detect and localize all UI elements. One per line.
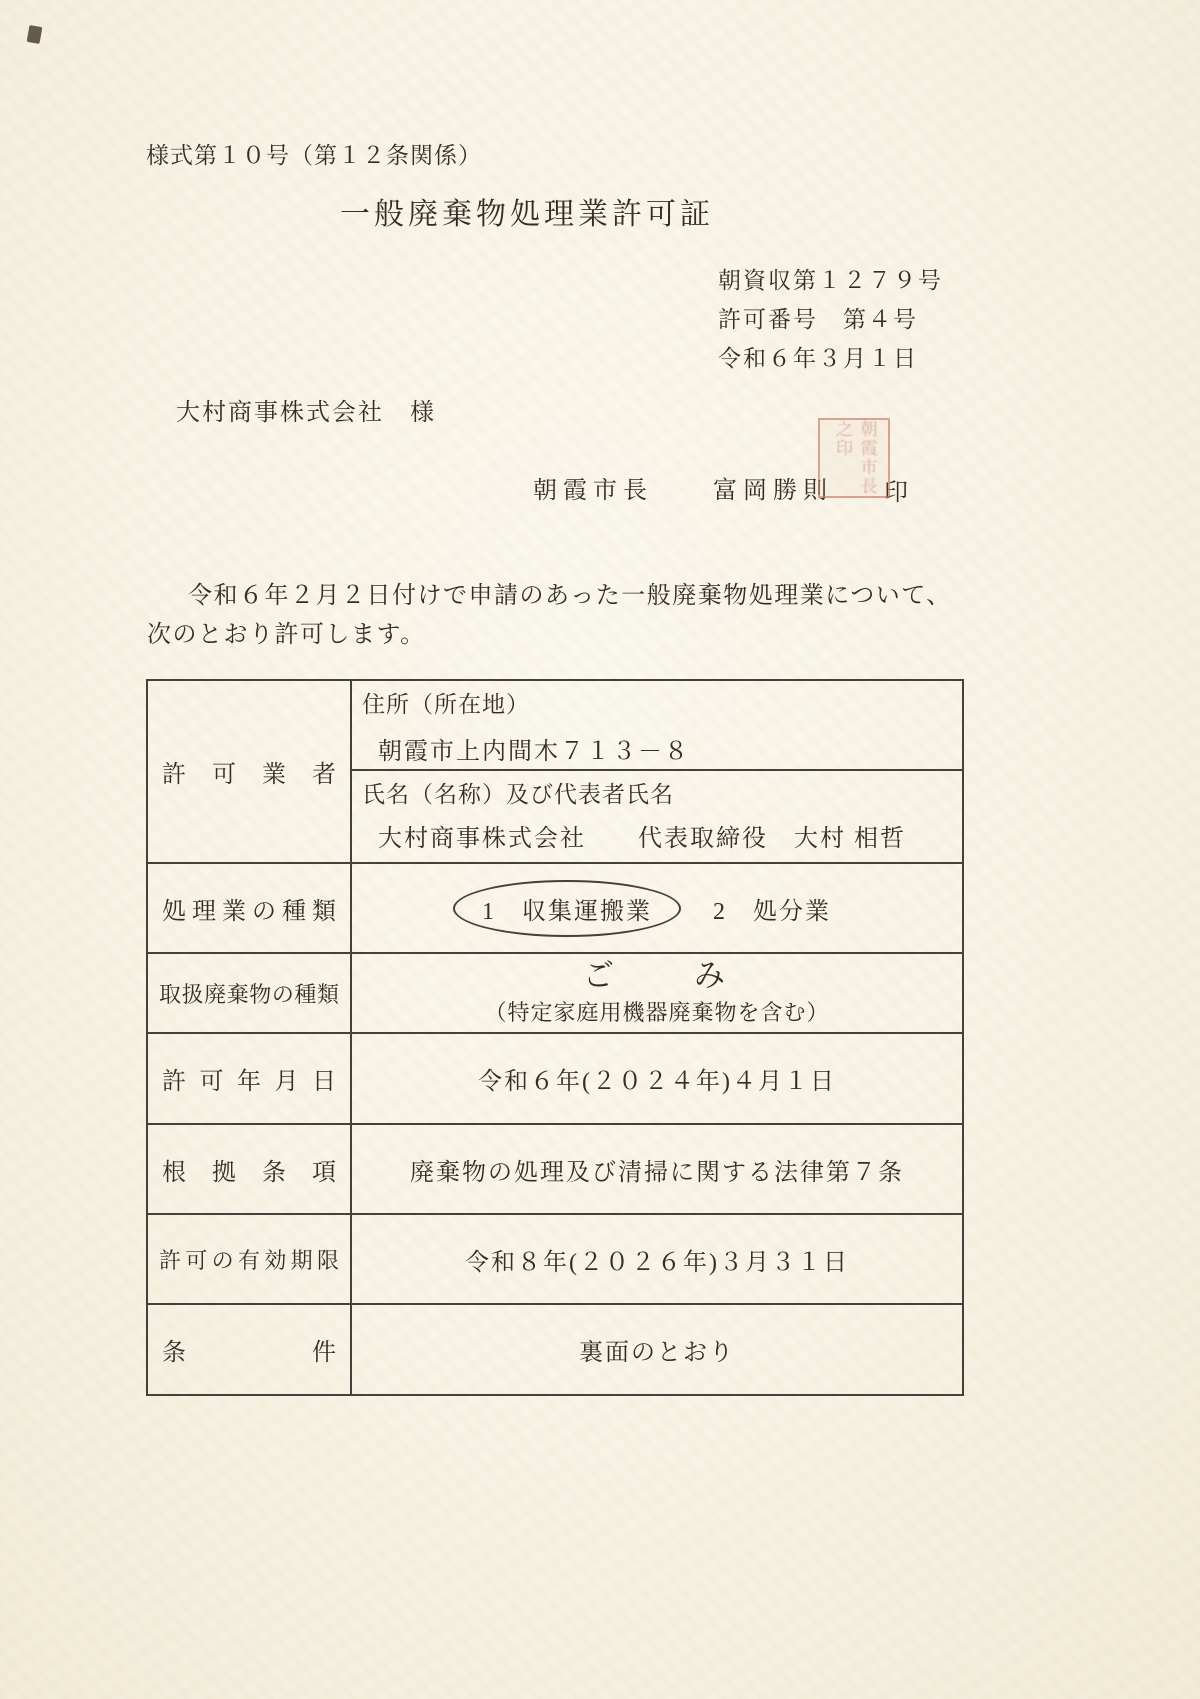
body-text-line2: 次のとおり許可します。: [147, 614, 426, 649]
option-disposal: 2 処分業: [713, 891, 831, 926]
permit-date-label: 許可年月日: [148, 1061, 350, 1096]
waste-type-value: ご み: [583, 959, 731, 993]
company-name-value: 大村商事株式会社 代表取締役 大村 相哲: [378, 818, 906, 853]
permit-date-value: 令和６年(２０２４年)４月１日: [478, 1061, 836, 1096]
address-label: 住所（所在地）: [362, 686, 530, 719]
business-type-value-cell: 1 収集運搬業 2 処分業: [337, 864, 947, 952]
table-row-business-type: 処理業の種類 1 収集運搬業 2 処分業: [148, 862, 962, 952]
business-type-label-cell: 処理業の種類: [148, 864, 352, 952]
licensee-label: 許可業者: [148, 754, 350, 789]
legal-basis-label-cell: 根拠条項: [148, 1125, 352, 1213]
expiry-value-cell: 令和８年(２０２６年)３月３１日: [352, 1215, 962, 1303]
company-name-label: 氏名（名称）及び代表者氏名: [362, 776, 674, 809]
license-details-table: 許可業者 住所（所在地） 朝霞市上内間木７１３－８ 氏名（名称）及び代表者氏名 …: [146, 679, 964, 1396]
body-text-line1: 令和６年２月２日付けで申請のあった一般廃棄物処理業について、: [188, 575, 952, 610]
address-value: 朝霞市上内間木７１３－８: [378, 731, 690, 766]
waste-type-value-cell: ご み （特定家庭用機器廃棄物を含む）: [352, 954, 962, 1032]
issue-date: 令和６年３月１日: [718, 339, 943, 378]
reference-block: 朝資収第１２７９号 許可番号 第４号 令和６年３月１日: [718, 261, 943, 378]
permit-number: 許可番号 第４号: [718, 300, 943, 339]
conditions-value-cell: 裏面のとおり: [352, 1305, 962, 1394]
scan-artifact-mark: [27, 25, 43, 44]
scanned-license-document: 様式第１０号（第１２条関係） 一般廃棄物処理業許可証 朝資収第１２７９号 許可番…: [0, 0, 1200, 1699]
expiry-label: 許可の有効期限: [148, 1244, 350, 1275]
licensee-name-subrow: 氏名（名称）及び代表者氏名 大村商事株式会社 代表取締役 大村 相哲: [352, 771, 962, 862]
permit-date-label-cell: 許可年月日: [148, 1034, 352, 1123]
table-row-permit-date: 許可年月日 令和６年(２０２４年)４月１日: [148, 1032, 962, 1123]
conditions-value: 裏面のとおり: [579, 1332, 735, 1367]
waste-type-note: （特定家庭用機器廃棄物を含む）: [484, 996, 829, 1027]
seal-stamp-text: 朝霞市長之印: [829, 420, 878, 496]
permit-date-value-cell: 令和６年(２０２４年)４月１日: [352, 1034, 962, 1123]
form-number: 様式第１０号（第１２条関係）: [146, 137, 482, 170]
table-row-expiry: 許可の有効期限 令和８年(２０２６年)３月３１日: [148, 1213, 962, 1303]
licensee-value-cell: 住所（所在地） 朝霞市上内間木７１３－８ 氏名（名称）及び代表者氏名 大村商事株…: [352, 681, 962, 862]
table-row-waste-type: 取扱廃棄物の種類 ご み （特定家庭用機器廃棄物を含む）: [148, 952, 962, 1032]
legal-basis-label: 根拠条項: [148, 1152, 350, 1187]
licensee-address-subrow: 住所（所在地） 朝霞市上内間木７１３－８: [352, 681, 962, 771]
legal-basis-value: 廃棄物の処理及び清掃に関する法律第７条: [410, 1152, 904, 1187]
conditions-label: 条件: [148, 1332, 350, 1367]
conditions-label-cell: 条件: [148, 1305, 352, 1394]
expiry-label-cell: 許可の有効期限: [148, 1215, 352, 1303]
issuer-mayor-name: 朝霞市長 富岡勝則: [533, 470, 833, 505]
table-row-licensee: 許可業者 住所（所在地） 朝霞市上内間木７１３－８ 氏名（名称）及び代表者氏名 …: [148, 681, 962, 862]
waste-type-label-cell: 取扱廃棄物の種類: [148, 954, 352, 1032]
business-type-label: 処理業の種類: [148, 891, 350, 926]
table-row-legal-basis: 根拠条項 廃棄物の処理及び清掃に関する法律第７条: [148, 1123, 962, 1213]
page-title: 一般廃棄物処理業許可証: [340, 189, 714, 233]
waste-type-label: 取扱廃棄物の種類: [148, 978, 350, 1009]
reference-number: 朝資収第１２７９号: [718, 261, 943, 300]
licensee-label-cell: 許可業者: [148, 681, 352, 862]
recipient-name: 大村商事株式会社 様: [176, 392, 436, 427]
red-seal-stamp: 朝霞市長之印: [818, 418, 890, 498]
table-row-conditions: 条件 裏面のとおり: [148, 1303, 962, 1394]
circled-option-collection-transport: 1 収集運搬業: [453, 880, 681, 937]
legal-basis-value-cell: 廃棄物の処理及び清掃に関する法律第７条: [352, 1125, 962, 1213]
expiry-value: 令和８年(２０２６年)３月３１日: [465, 1242, 849, 1277]
